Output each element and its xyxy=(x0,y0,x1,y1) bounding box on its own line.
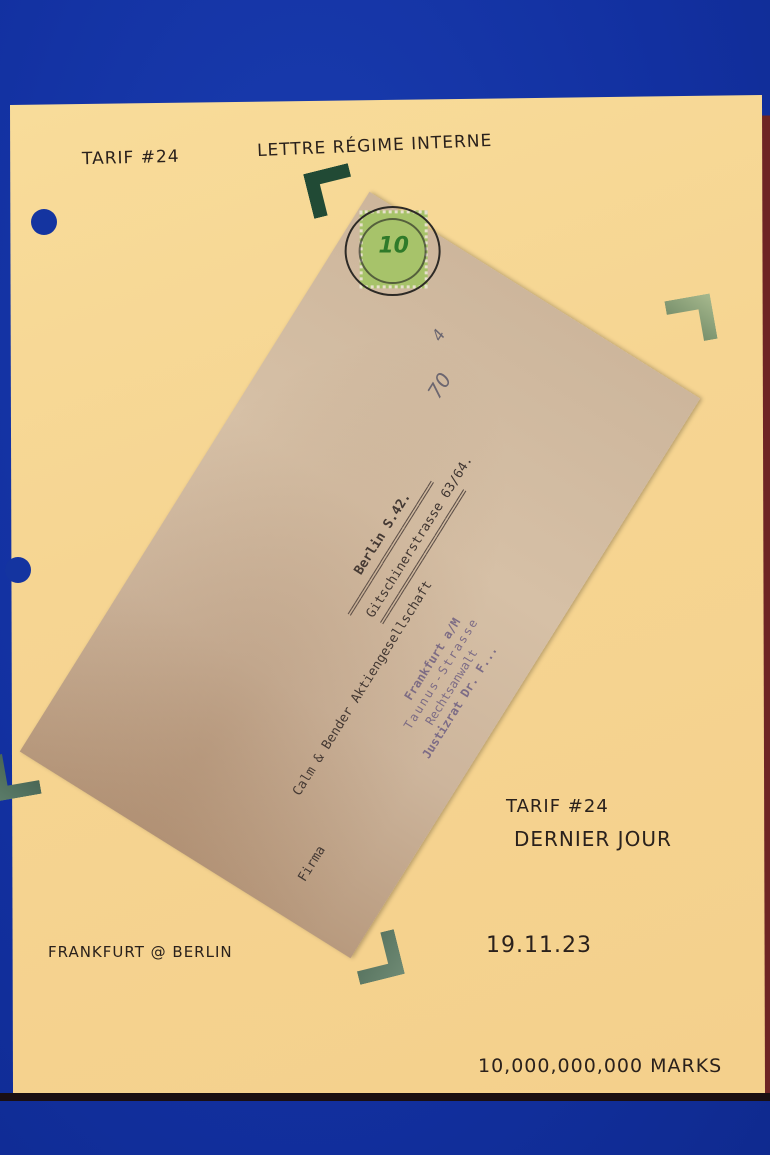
header-tariff-label: TARIF #24 xyxy=(82,147,180,170)
postmark-cancel-icon xyxy=(345,206,441,296)
address-city: Berlin S.42. xyxy=(352,490,414,578)
pencil-mark-number: 4 xyxy=(428,326,450,345)
postage-stamp-value: 10 xyxy=(363,233,425,258)
sender-stamp-line-2: Rechtsanwalt xyxy=(423,647,481,728)
date-label: 19.11.23 xyxy=(486,933,592,958)
side-note-last-day: DERNIER JOUR xyxy=(514,827,672,851)
address-underline: ======================= xyxy=(343,478,439,619)
pencil-mark-value: 70 xyxy=(423,368,457,402)
address-salutation: Firma xyxy=(295,843,328,884)
postage-amount-label: 10,000,000,000 MARKS xyxy=(478,1055,722,1077)
address-underline-2: ======================= xyxy=(375,487,471,628)
address-company: Calm & Bender Aktiengesellschaft xyxy=(290,578,435,798)
sender-stamp-line-4: Frankfurt a/M xyxy=(402,616,464,703)
postage-stamp: 10 xyxy=(360,210,428,288)
page-shadow xyxy=(0,1093,770,1101)
side-tariff-label: TARIF #24 xyxy=(506,796,609,817)
sender-stamp-line-3: Taunus-Strasse xyxy=(401,615,481,732)
route-label: FRANKFURT @ BERLIN xyxy=(48,943,233,961)
binder-hole-bottom xyxy=(5,557,31,583)
binder-hole-top xyxy=(31,209,57,235)
address-street: Gitschinerstrasse 63/64. xyxy=(364,453,476,620)
